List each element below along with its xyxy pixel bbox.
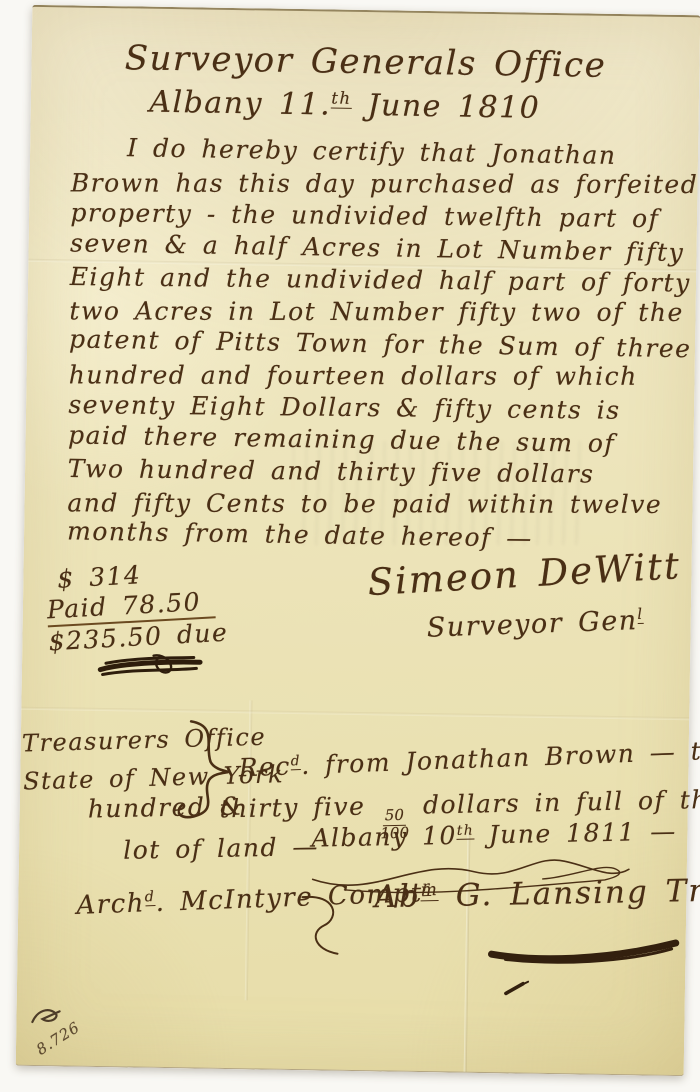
dateline-superscript: th [331,89,352,109]
receipt-line-1: Recd. from Jonathan Brown — two [238,735,700,782]
treasurer-name-rest: G. Lansing Treas [439,872,700,914]
office-title: Surveyor Generals Office [31,37,700,87]
header-dateline: Albany 11.th June 1810 [11,82,679,127]
treasurer-superscript: m [420,880,439,901]
signature-flourish-curl [295,887,344,960]
ink-mark [503,978,531,998]
receipt-line-3: lot of land — [123,832,319,865]
scratched-out-figure [95,649,208,683]
margin-calculation: $ 314 Paid 78.50 $235.50 due [45,556,229,658]
treasurer-name: Ab [374,878,421,915]
flourish-under-lansing [485,930,686,969]
fold-crease-horizontal [21,707,689,720]
amount-words: thirty five [219,791,380,823]
receipt-date-superscript: th [457,822,475,839]
surveyor-general-title: Surveyor Genl [426,605,644,644]
body-line: Brown has this day purchased as forfeite… [71,167,671,201]
received-text: Rec [238,751,291,782]
scanned-document: Surveyor Generals Office Albany 11.th Ju… [0,0,700,1092]
dateline-text: Albany 11. [149,85,331,123]
comptroller-name: Arch [76,888,146,920]
body-line: hundred and fourteen dollars of which [69,359,669,393]
title-text: Surveyor Gen [426,605,638,644]
body-line: I do hereby certify that Jonathan [127,132,671,173]
certificate-text: I do hereby certify that Jonathan Brown … [67,133,671,555]
title-superscript: l [637,605,644,624]
lansing-signature: Abm G. Lansing Treasr [374,872,700,916]
paper-sheet: Surveyor Generals Office Albany 11.th Ju… [16,5,700,1076]
receipt-date-rest: June 1811 — [474,817,677,850]
amount-words-rest: dollars in full of the above [408,783,700,820]
received-rest: . from Jonathan Brown — two [301,735,700,780]
body-line: Two hundred and thirty five dollars [68,453,668,491]
dewitt-signature: Simeon DeWitt [367,544,682,604]
body-line: Eight and the undivided half part of for… [70,261,670,299]
dateline-rest: June 1810 [351,88,540,126]
